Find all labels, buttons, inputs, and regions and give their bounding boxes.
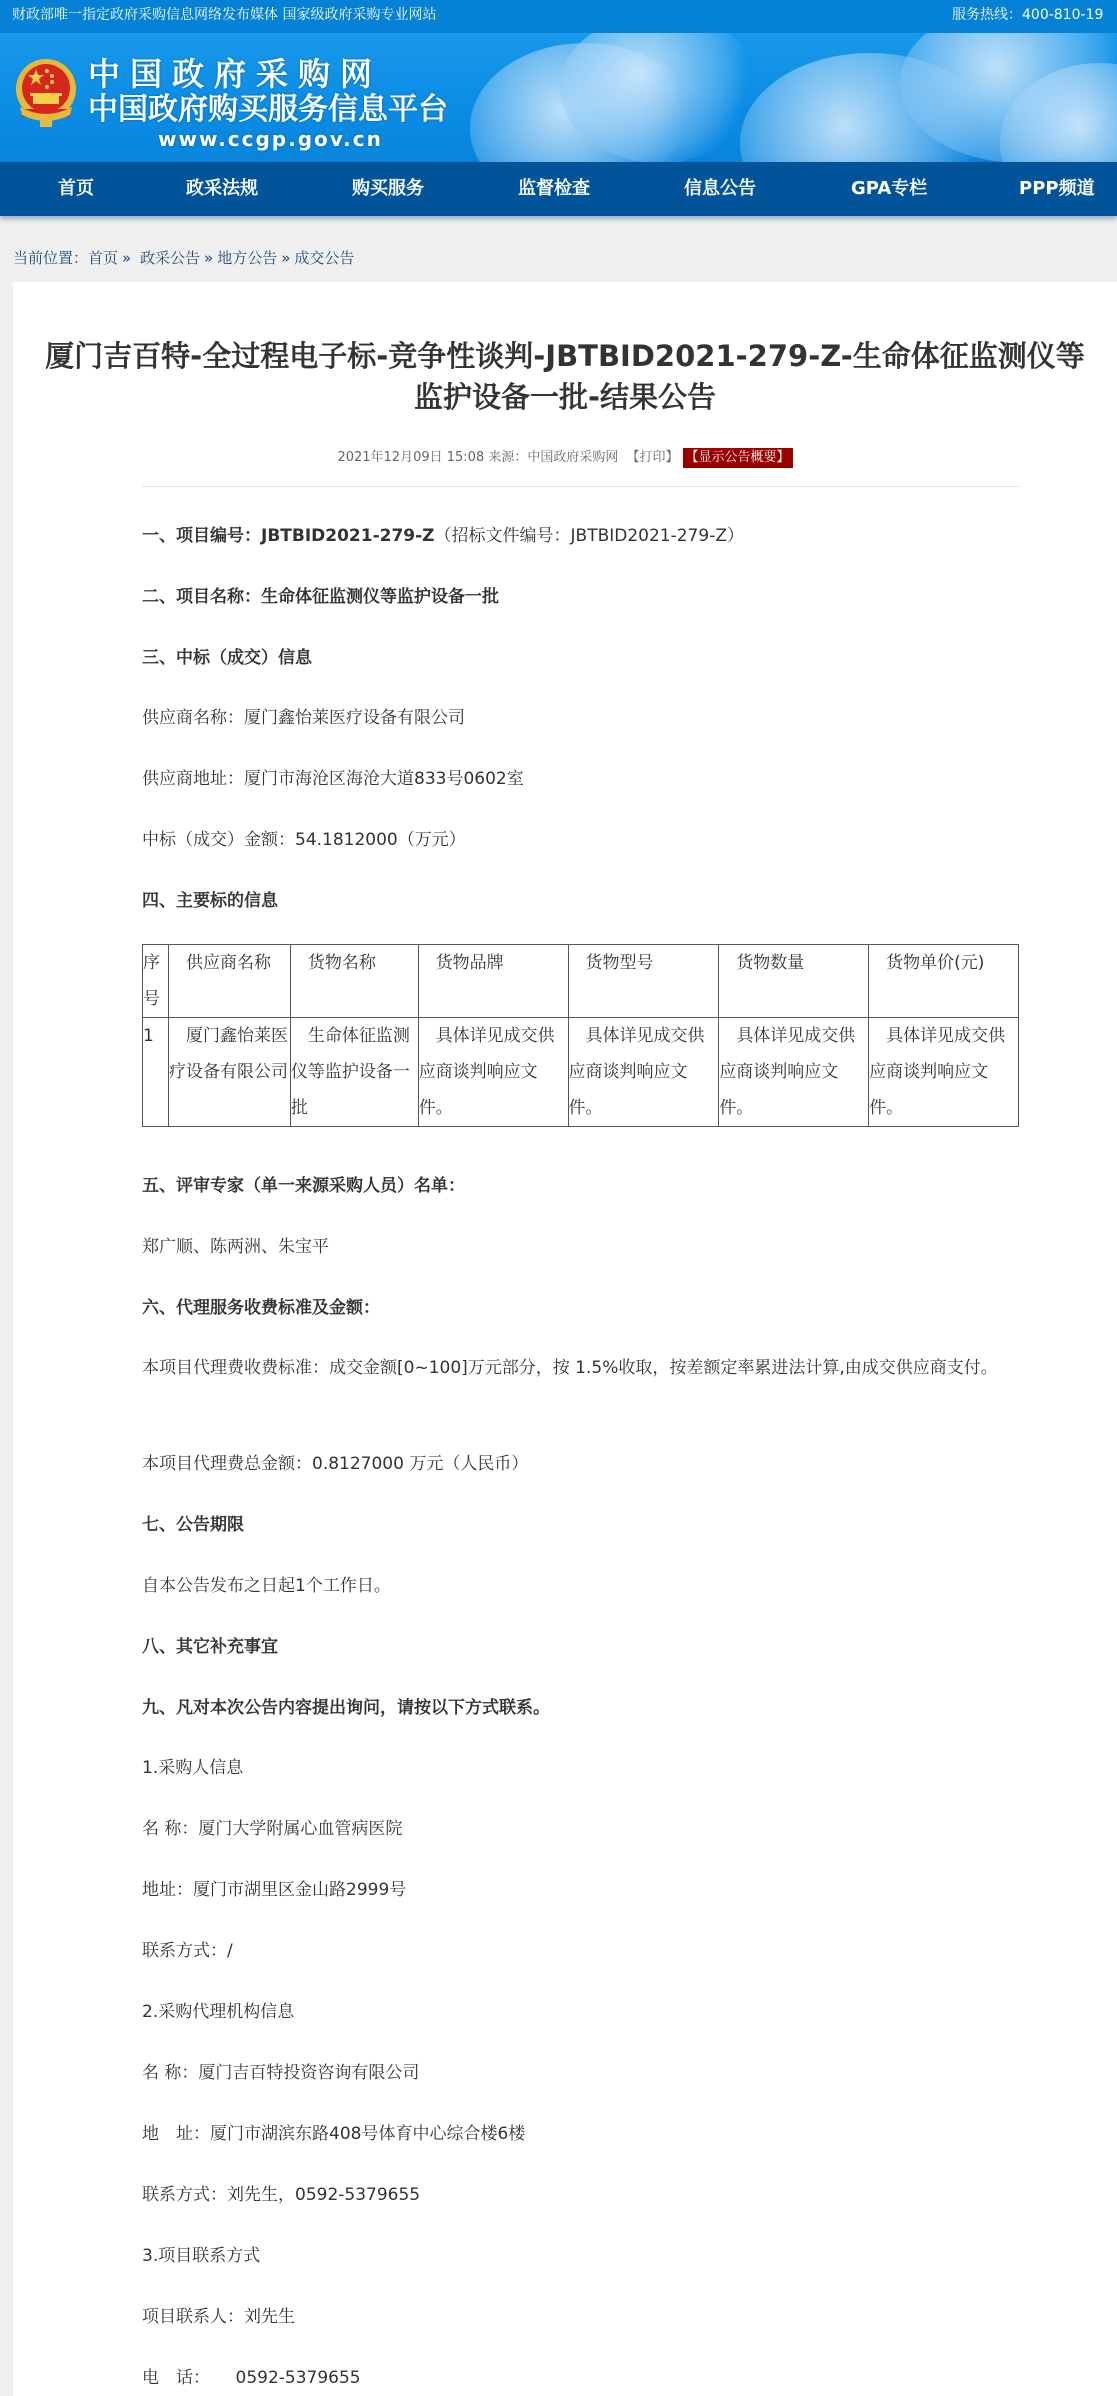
agency-contact: 联系方式：刘先生，0592-5379655 bbox=[142, 2182, 420, 2208]
fee-total: 本项目代理费总金额：0.8127000 万元（人民币） bbox=[142, 1451, 528, 1477]
nav-item-announcements[interactable]: 信息公告 bbox=[684, 162, 756, 216]
section-experts: 五、评审专家（单一来源采购人员）名单： bbox=[142, 1173, 465, 1199]
article-title: 厦门吉百特-全过程电子标-竞争性谈判-JBTBID2021-279-Z-生命体征… bbox=[36, 336, 1094, 418]
site-logo[interactable]: 中国政府采购网 中国政府购买服务信息平台 www.ccgp.gov.cn bbox=[88, 55, 448, 151]
nav-item-regulations[interactable]: 政采法规 bbox=[186, 162, 258, 216]
site-banner: 中国政府采购网 中国政府购买服务信息平台 www.ccgp.gov.cn bbox=[0, 33, 1117, 162]
service-hotline: 服务热线：400-810-19 bbox=[952, 0, 1103, 31]
article-source: 来源：中国政府采购网 bbox=[488, 450, 618, 465]
nav-item-supervision[interactable]: 监督检查 bbox=[518, 162, 590, 216]
top-bar: 财政部唯一指定政府采购信息网络发布媒体 国家级政府采购专业网站 服务热线：400… bbox=[0, 0, 1117, 33]
expert-names: 郑广顺、陈两洲、朱宝平 bbox=[142, 1234, 329, 1260]
section-main-items: 四、主要标的信息 bbox=[142, 888, 278, 914]
supplier-address: 供应商地址：厦门市海沧区海沧大道833号0602室 bbox=[142, 766, 524, 792]
table-cell: 具体详见成交供应商谈判响应文件。 bbox=[568, 1018, 719, 1127]
print-link[interactable]: 【打印】 bbox=[627, 450, 679, 465]
breadcrumb-separator: » bbox=[122, 249, 131, 267]
section-project-number: 一、项目编号：JBTBID2021-279-Z（招标文件编号：JBTBID202… bbox=[142, 523, 744, 549]
fee-standard: 本项目代理费收费标准：成交金额[0~100]万元部分，按 1.5%收取，按差额定… bbox=[142, 1351, 1002, 1386]
table-cell: 厦门鑫怡莱医疗设备有限公司 bbox=[168, 1018, 290, 1127]
breadcrumb-deal[interactable]: 成交公告 bbox=[294, 249, 354, 267]
buyer-heading: 1.采购人信息 bbox=[142, 1755, 243, 1781]
buyer-name: 名 称：厦门大学附属心血管病医院 bbox=[142, 1816, 402, 1842]
site-name: 中国政府采购网 bbox=[88, 55, 448, 93]
table-header-row: 序号 供应商名称 货物名称 货物品牌 货物型号 货物数量 货物单价(元) bbox=[143, 945, 1019, 1018]
breadcrumb-separator: » bbox=[204, 249, 213, 267]
table-row: 1 厦门鑫怡莱医疗设备有限公司 生命体征监测仪等监护设备一批 具体详见成交供应商… bbox=[143, 1018, 1019, 1127]
main-nav: 首页 政采法规 购买服务 监督检查 信息公告 GPA专栏 PPP频道 bbox=[0, 162, 1117, 216]
table-cell: 具体详见成交供应商谈判响应文件。 bbox=[719, 1018, 869, 1127]
supplier-name: 供应商名称：厦门鑫怡莱医疗设备有限公司 bbox=[142, 705, 465, 731]
breadcrumb-home[interactable]: 首页 bbox=[88, 249, 118, 267]
header-cell: 货物品牌 bbox=[418, 945, 568, 1018]
section-announcement-period: 七、公告期限 bbox=[142, 1512, 244, 1538]
project-phone: 电 话： 0592-5379655 bbox=[142, 2365, 361, 2391]
agency-address: 地 址：厦门市湖滨东路408号体育中心综合楼6楼 bbox=[142, 2121, 525, 2147]
header-cell: 货物型号 bbox=[568, 945, 719, 1018]
show-summary-button[interactable]: 【显示公告概要】 bbox=[683, 448, 793, 468]
nav-item-ppp[interactable]: PPP频道 bbox=[1019, 162, 1095, 216]
agency-heading: 2.采购代理机构信息 bbox=[142, 1999, 294, 2025]
section-award-info: 三、中标（成交）信息 bbox=[142, 645, 312, 671]
site-url: www.ccgp.gov.cn bbox=[158, 127, 448, 151]
section-project-name: 二、项目名称：生命体征监测仪等监护设备一批 bbox=[142, 584, 499, 610]
title-divider bbox=[142, 486, 1019, 487]
header-cell: 供应商名称 bbox=[168, 945, 290, 1018]
breadcrumb-local[interactable]: 地方公告 bbox=[217, 249, 277, 267]
project-contact-person: 项目联系人：刘先生 bbox=[142, 2304, 295, 2330]
header-cell: 货物数量 bbox=[719, 945, 869, 1018]
agency-name: 名 称：厦门吉百特投资咨询有限公司 bbox=[142, 2060, 419, 2086]
announcement-period: 自本公告发布之日起1个工作日。 bbox=[142, 1573, 391, 1599]
site-slogan: 财政部唯一指定政府采购信息网络发布媒体 国家级政府采购专业网站 bbox=[12, 0, 436, 31]
award-amount: 中标（成交）金额：54.1812000（万元） bbox=[142, 827, 466, 853]
header-cell: 货物名称 bbox=[290, 945, 418, 1018]
table-cell: 1 bbox=[143, 1018, 169, 1127]
nav-item-home[interactable]: 首页 bbox=[58, 162, 94, 216]
breadcrumb-gov-procurement[interactable]: 政采公告 bbox=[140, 249, 200, 267]
nav-item-purchase-services[interactable]: 购买服务 bbox=[352, 162, 424, 216]
tender-doc-number: （招标文件编号：JBTBID2021-279-Z） bbox=[435, 526, 744, 546]
platform-name: 中国政府购买服务信息平台 bbox=[88, 93, 448, 127]
buyer-address: 地址：厦门市湖里区金山路2999号 bbox=[142, 1877, 406, 1903]
header-cell: 货物单价(元) bbox=[869, 945, 1019, 1018]
breadcrumb-prefix: 当前位置： bbox=[13, 249, 88, 267]
section-agency-fee: 六、代理服务收费标准及金额： bbox=[142, 1295, 380, 1321]
goods-table: 序号 供应商名称 货物名称 货物品牌 货物型号 货物数量 货物单价(元) 1 厦… bbox=[142, 944, 1019, 1127]
national-emblem-icon[interactable] bbox=[14, 57, 78, 129]
project-contact-heading: 3.项目联系方式 bbox=[142, 2243, 260, 2269]
breadcrumb-separator: » bbox=[281, 249, 290, 267]
nav-item-gpa[interactable]: GPA专栏 bbox=[851, 162, 927, 216]
header-cell: 序号 bbox=[143, 945, 169, 1018]
table-cell: 具体详见成交供应商谈判响应文件。 bbox=[869, 1018, 1019, 1127]
section-contact: 九、凡对本次公告内容提出询问，请按以下方式联系。 bbox=[142, 1695, 550, 1721]
section-other-matters: 八、其它补充事宜 bbox=[142, 1634, 278, 1660]
table-cell: 具体详见成交供应商谈判响应文件。 bbox=[418, 1018, 568, 1127]
buyer-contact: 联系方式：/ bbox=[142, 1938, 233, 1964]
publish-datetime: 2021年12月09日 15:08 bbox=[337, 450, 484, 465]
project-number: 一、项目编号：JBTBID2021-279-Z bbox=[142, 526, 435, 546]
article-meta: 2021年12月09日 15:08 来源：中国政府采购网 【打印】【显示公告概要… bbox=[13, 447, 1117, 469]
article-card: 厦门吉百特-全过程电子标-竞争性谈判-JBTBID2021-279-Z-生命体征… bbox=[13, 282, 1117, 2396]
breadcrumb: 当前位置：首页» 政采公告»地方公告»成交公告 bbox=[13, 245, 354, 271]
table-cell: 生命体征监测仪等监护设备一批 bbox=[290, 1018, 418, 1127]
